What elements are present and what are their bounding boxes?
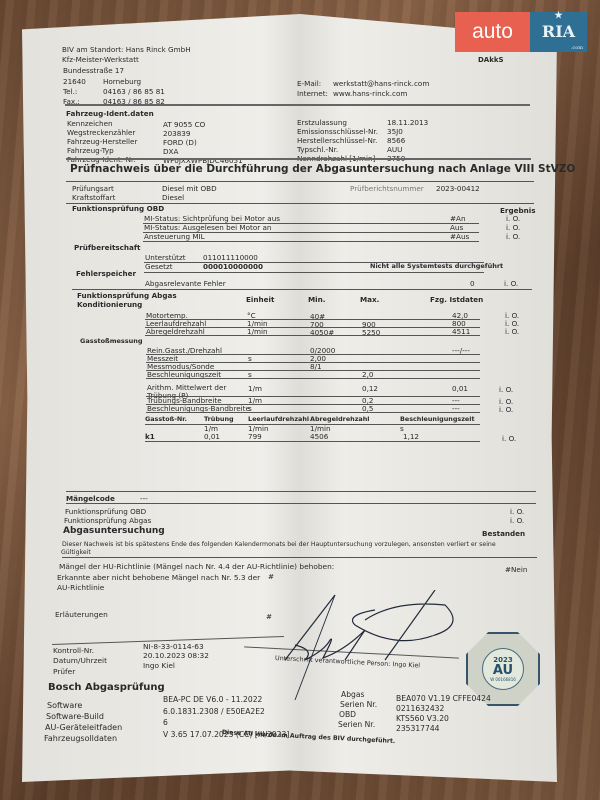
bosch-field-value: BEA070 V1.19 CFFE0424: [396, 694, 491, 703]
row-line: [143, 241, 479, 242]
divider: [66, 503, 536, 504]
report-title: Prüfnachweis über die Durchführung der A…: [70, 165, 575, 174]
au-result: Bestanden: [482, 529, 525, 538]
bosch-field-label: Abgas: [341, 690, 364, 699]
summary-obd-label: Funktionsprüfung OBD: [65, 507, 146, 516]
vehicle-field-value: 18.11.2013: [387, 118, 428, 127]
stamp-number: W 00166816: [490, 677, 516, 682]
watermark-domain: .com: [571, 40, 583, 56]
shot-opacity: 0,01: [204, 432, 220, 441]
divider: [62, 557, 537, 558]
divider: [72, 289, 532, 290]
notes-label: Erläuterungen: [55, 610, 108, 619]
obd-row-label: Ansteuerung MIL: [144, 232, 205, 241]
errors-value: 0: [470, 279, 475, 288]
signature-icon: [275, 590, 475, 700]
meas-row-actual: 0,01: [452, 384, 468, 393]
unfixed-label-2: AU-Richtlinie: [57, 583, 104, 592]
divider: [65, 104, 530, 106]
obd-row-label: MI-Status: Ausgelesen bei Motor an: [144, 223, 271, 232]
obd-row-result: i. O.: [506, 214, 520, 223]
control-no-label: Kontroll-Nr.: [53, 646, 94, 655]
web-label: Internet:: [297, 89, 328, 98]
fuel-label: Kraftstoffart: [72, 193, 115, 202]
bosch-heading: Bosch Abgasprüfung: [48, 683, 165, 692]
obd-row-value: #An: [450, 214, 466, 223]
set-label: Gesetzt: [145, 262, 173, 271]
meas-row-result: i. O.: [499, 385, 513, 394]
summary-exhaust-label: Funktionsprüfung Abgas: [64, 516, 151, 525]
defect-code-value: ---: [140, 494, 148, 503]
workshop-street: Bundesstraße 17: [63, 66, 124, 75]
vehicle-field-label: Herstellerschlüssel-Nr.: [297, 136, 377, 145]
shot-column-header: Abregeldrehzahl: [310, 415, 370, 424]
divider: [66, 181, 534, 182]
shot-no: k1: [145, 432, 155, 441]
bosch-field-label: AU-Geräteleitfaden: [45, 723, 122, 732]
validity-notice-2: Gültigkeit: [61, 548, 91, 557]
memory-heading: Fehlerspeicher: [76, 269, 136, 278]
readiness-heading: Prüfbereitschaft: [74, 243, 140, 252]
bosch-field-value: 235317744: [396, 724, 439, 733]
supported-value: 011011110000: [203, 253, 258, 262]
vehicle-field-value: AT 9055 CO: [163, 120, 205, 129]
vehicle-field-label: Typschl.-Nr.: [297, 145, 338, 154]
set-note: Nicht alle Systemtests durchgeführt: [370, 262, 503, 271]
vehicle-field-label: Fahrzeug-Hersteller: [67, 137, 137, 146]
meas-row-unit: 1/m: [248, 384, 262, 393]
fuel-value: Diesel: [162, 193, 184, 202]
email-value: werkstatt@hans-rinck.com: [333, 79, 429, 88]
supported-label: Unterstützt: [145, 253, 186, 262]
au-label: Abgasuntersuchung: [63, 527, 165, 536]
workshop-city: Horneburg: [103, 77, 141, 86]
autoria-watermark: auto ★RIA.com: [455, 12, 587, 52]
vehicle-field-label: Kennzeichen: [67, 119, 113, 128]
row-line: [145, 441, 480, 442]
workshop-zip: 21640: [63, 77, 86, 86]
stamp-au: AU: [493, 664, 513, 677]
exhaust-heading: Funktionsprüfung Abgas: [77, 291, 177, 300]
control-no-value: NI-8-33-0114-63: [143, 642, 204, 651]
meas-row-max: 0,12: [362, 384, 378, 393]
watermark-ria: ★RIA.com: [530, 12, 587, 52]
test-type-value: Diesel mit OBD: [162, 184, 217, 193]
bosch-field-value: BEA-PC DE V6.0 - 11.2022: [163, 695, 262, 704]
vehicle-field-value: 203839: [163, 129, 190, 138]
divider: [66, 158, 531, 160]
bosch-field-label: Software: [47, 701, 82, 710]
summary-obd-result: i. O.: [510, 507, 524, 516]
bosch-field-value: 6: [163, 718, 168, 727]
tel-value: 04163 / 86 85 81: [103, 87, 165, 96]
shot-cutoff: 4506: [310, 432, 328, 441]
conditioning-heading: Konditionierung: [77, 300, 142, 309]
bosch-field-label: Serien Nr.: [340, 700, 377, 709]
exhaust-column-header: Max.: [360, 295, 379, 304]
email-label: E-Mail:: [297, 79, 321, 88]
errors-label: Abgasrelevante Fehler: [145, 279, 226, 288]
bosch-field-value: 0211632432: [396, 704, 444, 713]
obd-row-value: #Aus: [450, 232, 469, 241]
bosch-field-value: KTS560 V3.20: [396, 714, 449, 723]
divider: [66, 491, 536, 492]
inspector-label: Prüfer: [53, 667, 75, 676]
date-value: 20.10.2023 08:32: [143, 651, 209, 660]
watermark-ria-text: RIA: [542, 24, 575, 40]
bosch-field-label: Software-Build: [46, 712, 104, 721]
summary-exhaust-result: i. O.: [510, 516, 524, 525]
obd-row-value: Aus: [450, 223, 463, 232]
obd-row-label: MI-Status: Sichtprüfung bei Motor aus: [144, 214, 280, 223]
shot-column-header: Trübung: [204, 415, 234, 424]
row-line: [146, 412, 480, 413]
hu-defects-label: Mängel der HU-Richtlinie (Mängel nach Nr…: [59, 562, 334, 571]
test-type-label: Prüfungsart: [72, 184, 114, 193]
obd-row-result: i. O.: [506, 223, 520, 232]
bosch-field-label: Serien Nr.: [338, 720, 375, 729]
watermark-auto: auto: [455, 12, 530, 52]
vehicle-field-label: Wegstreckenzähler: [67, 128, 135, 137]
errors-result: i. O.: [504, 279, 518, 288]
workshop-line1: BIV am Standort: Hans Rinck GmbH: [62, 45, 191, 54]
date-label: Datum/Uhrzeit: [53, 656, 107, 665]
row-line: [144, 272, 484, 273]
vehicle-field-label: Emissionsschlüssel-Nr.: [297, 127, 378, 136]
shot-column-header: Gasstoß-Nr.: [145, 415, 187, 424]
inspector-value: Ingo Kiel: [143, 661, 175, 670]
vehicle-field-value: 8566: [387, 136, 405, 145]
defect-code-label: Mängelcode: [66, 494, 115, 503]
obd-row-result: i. O.: [506, 232, 520, 241]
vehicle-field-value: AUU: [387, 145, 402, 154]
notes-value: #: [266, 612, 272, 621]
shot-accel: 1,12: [403, 432, 419, 441]
obd-heading: Funktionsprüfung OBD: [72, 204, 164, 213]
unfixed-label: Erkannte aber nicht behobene Mängel nach…: [57, 573, 260, 582]
unfixed-value: #: [268, 572, 274, 581]
workshop-line2: Kfz-Meister-Werkstatt: [62, 55, 139, 64]
vehicle-field-value: 35J0: [387, 127, 403, 136]
bosch-field-label: Fahrzeugsolldaten: [44, 734, 117, 743]
web-value: www.hans-rinck.com: [333, 89, 407, 98]
vehicle-heading: Fahrzeug-Ident.daten: [66, 109, 154, 118]
exhaust-column-header: Min.: [308, 295, 325, 304]
shot-idle: 799: [248, 432, 262, 441]
report-no-value: 2023-00412: [436, 184, 480, 193]
exhaust-column-header: Einheit: [246, 295, 274, 304]
vehicle-field-value: DXA: [163, 147, 178, 156]
bosch-field-label: OBD: [339, 710, 356, 719]
cond-row-result: i. O.: [505, 327, 519, 336]
validity-notice: Dieser Nachweis ist bis spätestens Ende …: [62, 540, 496, 549]
meas-row-result: i. O.: [499, 405, 513, 414]
vehicle-field-label: Erstzulassung: [297, 118, 347, 127]
vehicle-field-value: FORD (D): [163, 138, 197, 147]
row-line: [146, 378, 480, 379]
tel-label: Tel.:: [63, 87, 77, 96]
vehicle-field-label: Fahrzeug-Typ: [67, 146, 114, 155]
shot-column-header: Leerlaufdrehzahl: [248, 415, 309, 424]
set-value: 000010000000: [203, 262, 263, 271]
bosch-field-value: 6.0.1831.2308 / E50EA2E2: [163, 707, 265, 716]
shot-result: i. O.: [502, 434, 516, 443]
dakks-mark: DAkkS: [478, 56, 504, 65]
report-no-label: Prüfberichtsnummer: [350, 184, 424, 193]
shot-column-header: Beschleunigungszeit: [400, 415, 475, 424]
measurement-heading: Gasstoßmessung: [80, 337, 143, 346]
hu-defects-value: #Nein: [505, 565, 527, 574]
exhaust-column-header: Fzg. Istdaten: [430, 295, 483, 304]
row-line: [145, 335, 480, 336]
